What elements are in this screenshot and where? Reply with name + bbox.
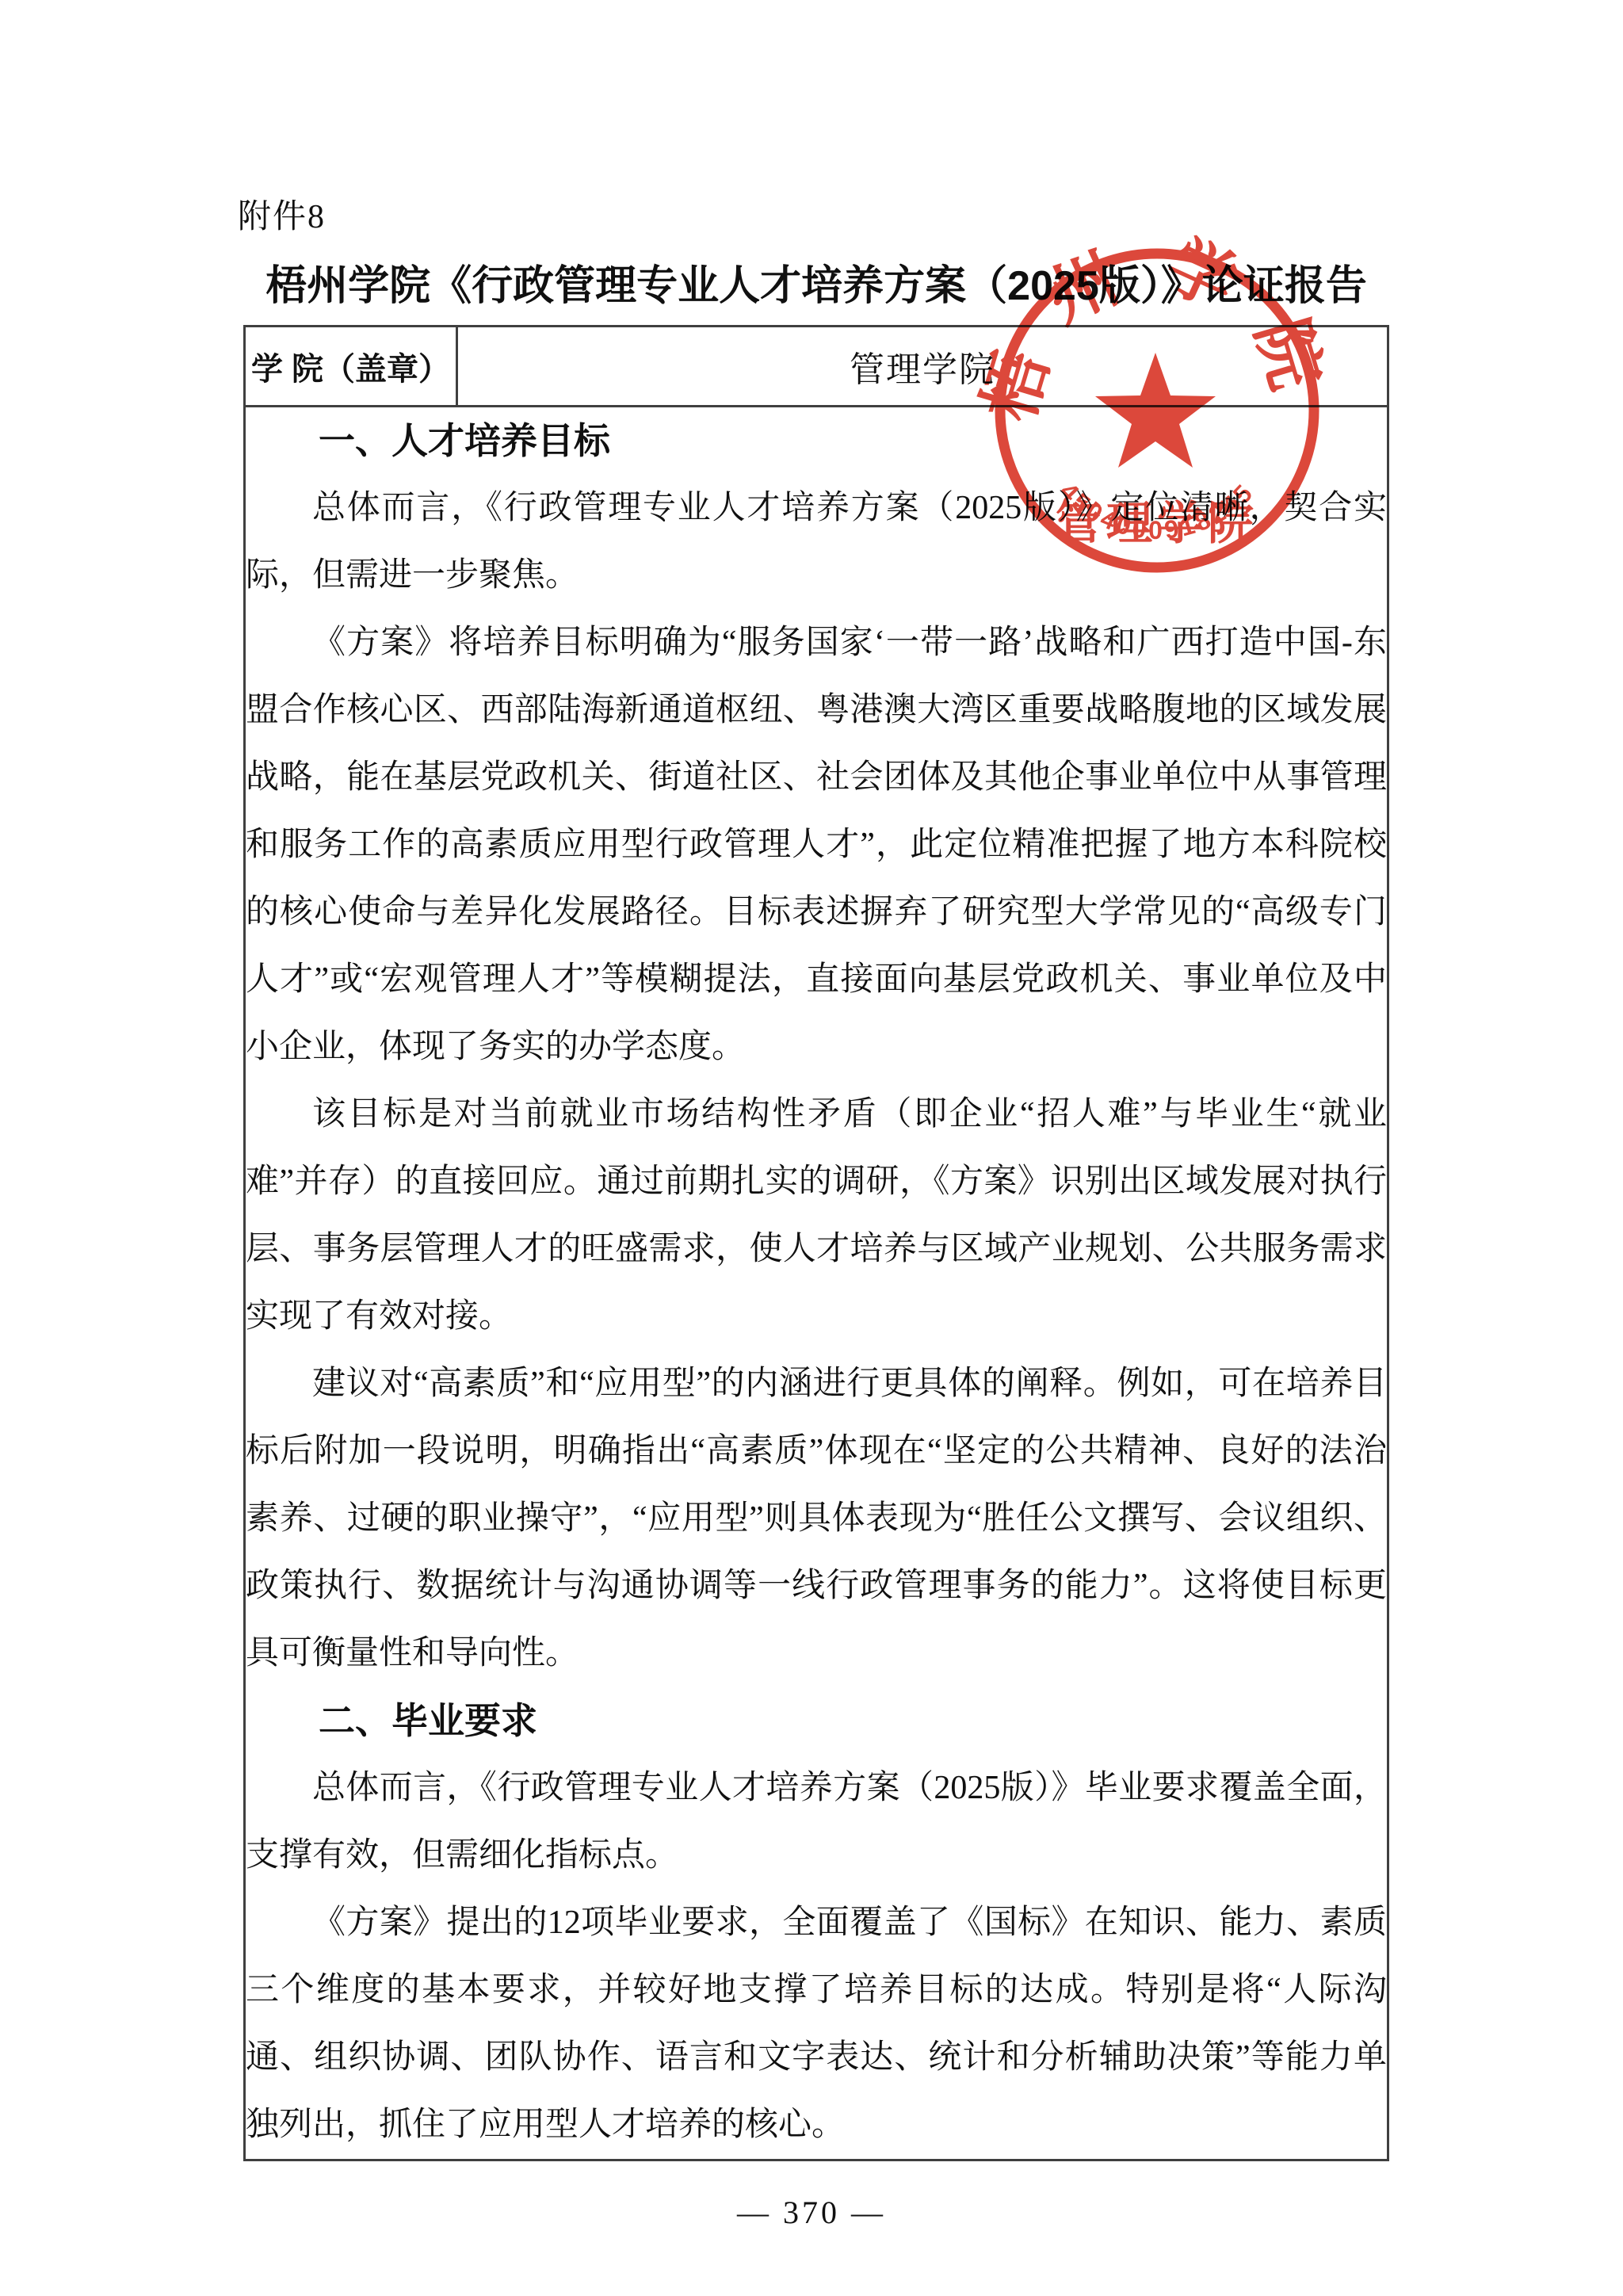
report-body-row: 一、人才培养目标 总体而言，《行政管理专业人才培养方案（2025版）》定位清晰，… [245, 407, 1388, 2160]
college-name: 管理学院 [850, 350, 995, 389]
document-page: { "page": { "attachment_label": "附件8", "… [0, 0, 1623, 2296]
section-1-paragraph: 《方案》将培养目标明确为“服务国家‘一带一路’战略和广西打造中国-东盟合作核心区… [246, 609, 1387, 1081]
section-1-paragraph: 该目标是对当前就业市场结构性矛盾（即企业“招人难”与毕业生“就业难”并存）的直接… [246, 1081, 1387, 1350]
report-body-cell: 一、人才培养目标 总体而言，《行政管理专业人才培养方案（2025版）》定位清晰，… [245, 407, 1388, 2160]
college-value-cell: 管理学院 [457, 327, 1388, 407]
college-row: 学 院（盖章） 管理学院 [245, 327, 1388, 407]
page-number: — 370 — [0, 2194, 1623, 2231]
section-1-paragraph: 总体而言，《行政管理专业人才培养方案（2025版）》定位清晰，契合实际，但需进一… [246, 475, 1387, 609]
section-1-paragraph: 建议对“高素质”和“应用型”的内涵进行更具体的阐释。例如，可在培养目标后附加一段… [246, 1350, 1387, 1687]
section-1-heading: 一、人才培养目标 [246, 407, 1387, 475]
section-2-paragraph: 《方案》提出的12项毕业要求，全面覆盖了《国标》在知识、能力、素质三个维度的基本… [246, 1889, 1387, 2159]
report-table: 学 院（盖章） 管理学院 一、人才培养目标 总体而言，《行政管理专业人才培养方案… [243, 325, 1389, 2161]
report-body-text: 一、人才培养目标 总体而言，《行政管理专业人才培养方案（2025版）》定位清晰，… [246, 407, 1387, 2159]
page-title: 梧州学院《行政管理专业人才培养方案（2025版）》论证报告 [243, 252, 1389, 311]
section-2-paragraph: 总体而言，《行政管理专业人才培养方案（2025版）》毕业要求覆盖全面，支撑有效，… [246, 1755, 1387, 1889]
college-label-cell: 学 院（盖章） [245, 327, 457, 407]
section-2-heading: 二、毕业要求 [246, 1687, 1387, 1755]
college-label: 学 院（盖章） [251, 352, 450, 387]
attachment-label: 附件8 [238, 190, 326, 238]
